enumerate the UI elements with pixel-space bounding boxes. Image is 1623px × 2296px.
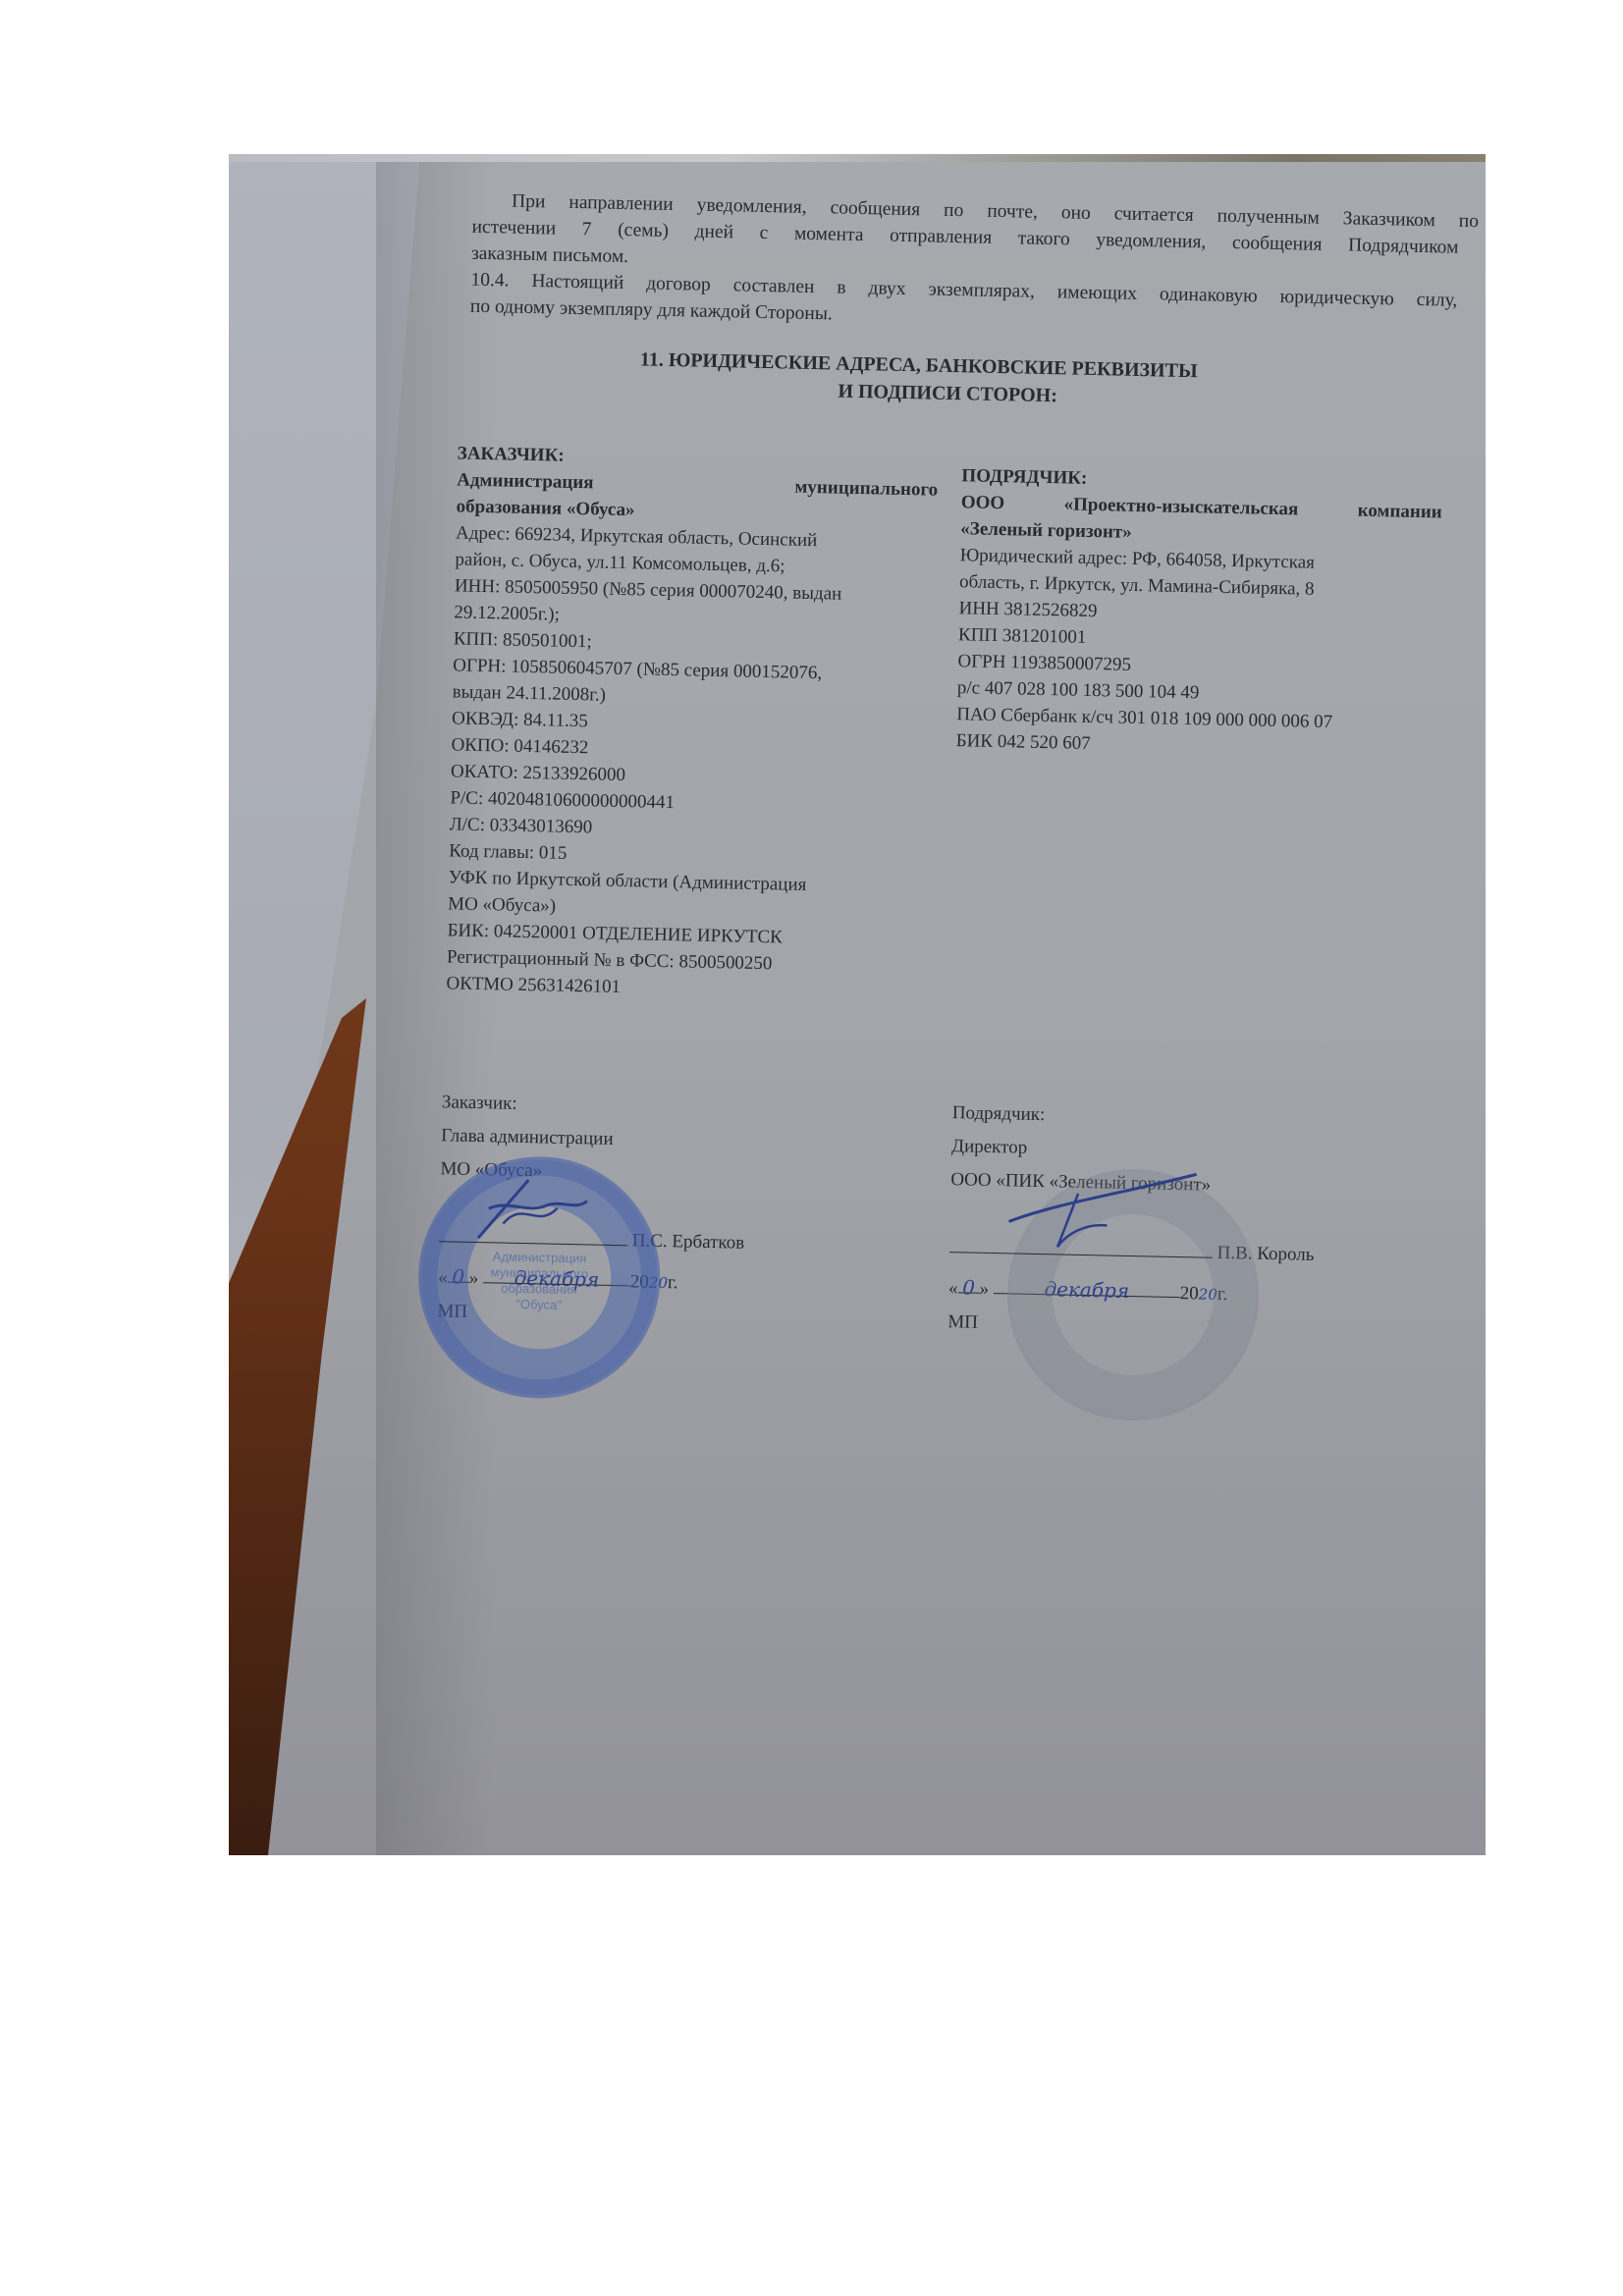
paragraph-10-4: 10.4. Настоящий договор составлен в двух…	[470, 267, 1458, 341]
contractor-details: Юридический адрес: РФ, 664058, Иркутская…	[955, 542, 1440, 764]
document-photo: При направлении уведомления, сообщения п…	[229, 154, 1486, 1855]
customer-handwritten-signature	[468, 1169, 618, 1251]
contractor-handwritten-signature	[999, 1162, 1217, 1265]
section-heading: 11. ЮРИДИЧЕСКИЕ АДРЕСА, БАНКОВСКИЕ РЕКВИ…	[231, 338, 1486, 419]
contractor-signature-block: Подрядчик: Директор ООО «ПИК «Зеленый го…	[947, 1096, 1365, 1348]
contractor-requisites: ПОДРЯДЧИК: ООО «Проектно-изыскательская …	[955, 462, 1442, 764]
customer-signature-block: Администрация муниципального образования…	[437, 1086, 815, 1336]
customer-requisites: ЗАКАЗЧИК: Администрация муниципального о…	[446, 440, 939, 1006]
customer-details: Адрес: 669234, Иркутская область, Осинск…	[446, 519, 937, 1006]
contract-page: При направлении уведомления, сообщения п…	[229, 154, 1486, 1855]
paragraph-notice: При направлении уведомления, сообщения п…	[491, 187, 1200, 282]
